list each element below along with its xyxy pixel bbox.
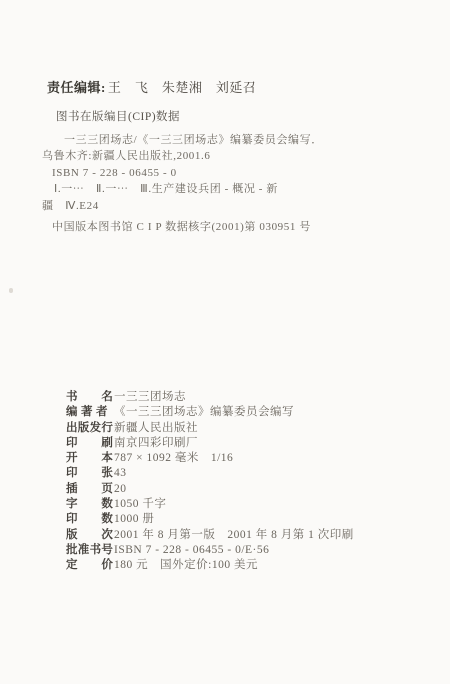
row-label: 版 次: [66, 526, 114, 542]
cip-publisher-line: 乌鲁木齐:新疆人民出版社,2001.6: [0, 148, 450, 164]
row-value: 20: [114, 483, 127, 495]
row-value: ISBN 7 - 228 - 06455 - 0/E·56: [114, 544, 269, 556]
responsible-editor-names: 王 飞 朱楚湘 刘延召: [108, 80, 257, 95]
row-value: 1000 册: [114, 510, 154, 526]
colophon-row-printer: 印 刷 南京四彩印刷厂: [66, 434, 354, 449]
row-label: 印 数: [66, 510, 114, 526]
cip-record-block: 一三三团场志/《一三三团场志》编纂委员会编写． 乌鲁木齐:新疆人民出版社,200…: [0, 132, 450, 235]
row-value: 787 × 1092 毫米 1/16: [114, 449, 233, 465]
row-value: 一三三团场志: [114, 388, 186, 404]
colophon-row-isbn: 批准书号 ISBN 7 - 228 - 06455 - 0/E·56: [66, 541, 354, 556]
row-label: 批准书号: [66, 541, 114, 557]
responsible-editor-line: 责任编辑:王 飞 朱楚湘 刘延召: [47, 77, 256, 96]
cip-title-statement: 一三三团场志/《一三三团场志》编纂委员会编写．: [0, 132, 450, 148]
responsible-editor-label: 责任编辑:: [47, 80, 106, 95]
row-label: 字 数: [66, 495, 114, 511]
row-value: 180 元 国外定价:100 美元: [114, 556, 258, 572]
row-label: 出版发行: [66, 419, 114, 435]
cip-classification-line: Ⅰ.一⋯ Ⅱ.一⋯ Ⅲ.生产建设兵团 - 概况 - 新: [0, 181, 450, 197]
row-value: 新疆人民出版社: [114, 419, 198, 435]
row-value: 1050 千字: [114, 495, 166, 511]
cip-isbn-line: ISBN 7 - 228 - 06455 - 0: [0, 165, 450, 181]
colophon-row-inserts: 插 页 20: [66, 480, 354, 495]
colophon-row-author: 编 著 者 《一三三团场志》编纂委员会编写: [66, 403, 354, 418]
colophon-table: 书 名 一三三团场志 编 著 者 《一三三团场志》编纂委员会编写 出版发行 新疆…: [66, 388, 354, 572]
scan-artifact-speck: [9, 288, 13, 293]
row-value: 《一三三团场志》编纂委员会编写: [114, 403, 294, 419]
row-value: 2001 年 8 月第一版 2001 年 8 月第 1 次印刷: [114, 526, 354, 542]
row-label: 书 名: [66, 388, 114, 404]
row-value: 南京四彩印刷厂: [114, 434, 198, 450]
row-label: 定 价: [66, 556, 114, 572]
colophon-row-printrun: 印 数 1000 册: [66, 510, 354, 525]
colophon-row-format: 开 本 787 × 1092 毫米 1/16: [66, 449, 354, 464]
book-copyright-page: 责任编辑:王 飞 朱楚湘 刘延召 图书在版编目(CIP)数据 一三三团场志/《一…: [0, 0, 450, 684]
colophon-row-edition: 版 次 2001 年 8 月第一版 2001 年 8 月第 1 次印刷: [66, 526, 354, 541]
row-label: 插 页: [66, 480, 114, 496]
colophon-row-price: 定 价 180 元 国外定价:100 美元: [66, 556, 354, 571]
cip-heading: 图书在版编目(CIP)数据: [56, 108, 180, 124]
row-label: 印 张: [66, 464, 114, 480]
row-label: 开 本: [66, 449, 114, 465]
row-value: 43: [114, 467, 127, 479]
cip-record-number-line: 中国版本图书馆 C I P 数据核字(2001)第 030951 号: [0, 219, 450, 235]
row-label: 印 刷: [66, 434, 114, 450]
colophon-row-title: 书 名 一三三团场志: [66, 388, 354, 403]
colophon-row-publisher: 出版发行 新疆人民出版社: [66, 419, 354, 434]
cip-classification-continued: 疆 Ⅳ.E24: [0, 198, 450, 214]
colophon-row-sheets: 印 张 43: [66, 464, 354, 479]
row-label: 编 著 者: [66, 403, 114, 419]
colophon-row-wordcount: 字 数 1050 千字: [66, 495, 354, 510]
